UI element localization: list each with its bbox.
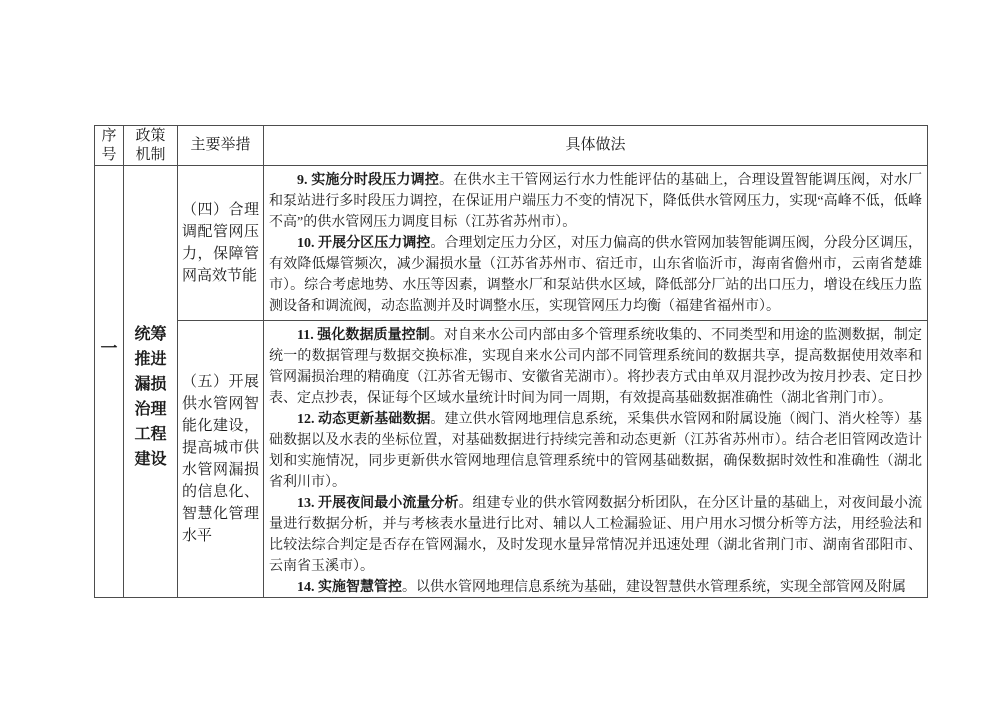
practice-body-14: 。以供水管网地理信息系统为基础，建设智慧供水管理系统，实现全部管网及附属 xyxy=(402,580,906,595)
mechanism-text: 统筹推进漏损治理工程建设 xyxy=(134,322,168,472)
rows-column: （四）合理调配管网压力，保障管网高效节能 9. 实施分时段压力调控。在供水主干管… xyxy=(178,166,927,597)
practice-paragraph-13: 13. 开展夜间最小流量分析。组建专业的供水管网数据分析团队，在分区计量的基础上… xyxy=(269,493,922,577)
serial-cell: 一 xyxy=(95,166,124,597)
practice-paragraph-14: 14. 实施智慧管控。以供水管网地理信息系统为基础，建设智慧供水管理系统，实现全… xyxy=(269,577,922,597)
header-cell-mechanism: 政策机制 xyxy=(124,126,178,166)
measure-text-5: （五）开展供水管网智能化建设，提高城市供水管网漏损的信息化、智慧化管理水平 xyxy=(182,371,259,547)
practice-lead-10: 10. 开展分区压力调控 xyxy=(297,236,430,251)
header-label-serial: 序号 xyxy=(100,127,118,165)
header-label-measures: 主要举措 xyxy=(190,136,250,155)
measure-text-4: （四）合理调配管网压力，保障管网高效节能 xyxy=(182,199,259,287)
practice-lead-9: 9. 实施分时段压力调控 xyxy=(297,173,439,188)
practice-lead-11: 11. 强化数据质量控制 xyxy=(297,328,430,343)
serial-number: 一 xyxy=(101,334,118,359)
practice-lead-14: 14. 实施智慧管控 xyxy=(297,580,402,595)
practice-lead-13: 13. 开展夜间最小流量分析 xyxy=(297,496,459,511)
table-header-row: 序号 政策机制 主要举措 具体做法 xyxy=(95,126,927,166)
header-label-mechanism: 政策机制 xyxy=(134,127,168,165)
practice-paragraph-10: 10. 开展分区压力调控。合理划定压力分区，对压力偏高的供水管网加装智能调压阀，… xyxy=(269,233,922,317)
practice-paragraph-12: 12. 动态更新基础数据。建立供水管网地理信息系统，采集供水管网和附属设施（阀门… xyxy=(269,409,922,493)
practices-cell-4: 9. 实施分时段压力调控。在供水主干管网运行水力性能评估的基础上，合理设置智能调… xyxy=(264,166,927,321)
document-page: 序号 政策机制 主要举措 具体做法 一 统筹推进漏损治理工程建设 xyxy=(0,0,1000,707)
table-row: （五）开展供水管网智能化建设，提高城市供水管网漏损的信息化、智慧化管理水平 11… xyxy=(178,321,927,597)
measure-cell-5: （五）开展供水管网智能化建设，提高城市供水管网漏损的信息化、智慧化管理水平 xyxy=(178,321,264,597)
practice-paragraph-11: 11. 强化数据质量控制。对自来水公司内部由多个管理系统收集的、不同类型和用途的… xyxy=(269,325,922,409)
header-cell-measures: 主要举措 xyxy=(178,126,264,166)
practices-cell-5: 11. 强化数据质量控制。对自来水公司内部由多个管理系统收集的、不同类型和用途的… xyxy=(264,321,927,597)
practice-paragraph-9: 9. 实施分时段压力调控。在供水主干管网运行水力性能评估的基础上，合理设置智能调… xyxy=(269,170,922,233)
measure-cell-4: （四）合理调配管网压力，保障管网高效节能 xyxy=(178,166,264,321)
header-label-practices: 具体做法 xyxy=(565,136,625,155)
table-row: （四）合理调配管网压力，保障管网高效节能 9. 实施分时段压力调控。在供水主干管… xyxy=(178,166,927,321)
practice-lead-12: 12. 动态更新基础数据 xyxy=(297,412,430,427)
header-cell-serial: 序号 xyxy=(95,126,124,166)
mechanism-cell: 统筹推进漏损治理工程建设 xyxy=(124,166,178,597)
header-cell-practices: 具体做法 xyxy=(264,126,927,166)
policy-table: 序号 政策机制 主要举措 具体做法 一 统筹推进漏损治理工程建设 xyxy=(94,125,928,598)
table-body: 一 统筹推进漏损治理工程建设 （四）合理调配管网压力，保障管网高效节能 9. 实… xyxy=(95,166,927,597)
